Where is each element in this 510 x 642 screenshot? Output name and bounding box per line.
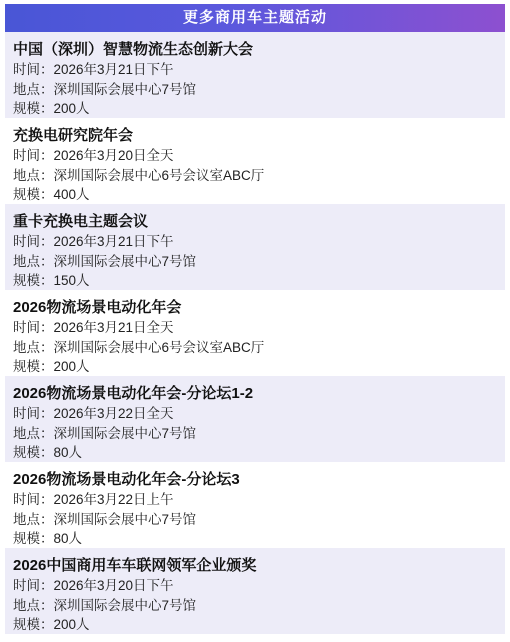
event-scale: 规模：200人 [13,615,497,634]
scale-label: 规模： [13,617,54,632]
event-card: 2026物流场景电动化年会 时间：2026年3月21日全天 地点：深圳国际会展中… [5,290,505,376]
scale-value: 200人 [54,359,90,374]
time-value: 2026年3月22日上午 [54,492,174,507]
event-time: 时间：2026年3月20日全天 [13,146,497,166]
event-list: 中国（深圳）智慧物流生态创新大会 时间：2026年3月21日下午 地点：深圳国际… [5,32,505,634]
venue-value: 深圳国际会展中心6号会议室ABC厅 [54,168,265,183]
scale-value: 80人 [54,531,83,546]
time-label: 时间： [13,62,54,77]
venue-value: 深圳国际会展中心7号馆 [54,512,197,527]
event-time: 时间：2026年3月21日下午 [13,60,497,80]
event-time: 时间：2026年3月22日全天 [13,404,497,424]
time-label: 时间： [13,320,54,335]
event-card: 重卡充换电主题会议 时间：2026年3月21日下午 地点：深圳国际会展中心7号馆… [5,204,505,290]
event-time: 时间：2026年3月20日下午 [13,576,497,596]
event-title: 2026中国商用车车联网领军企业颁奖 [13,555,497,576]
scale-value: 200人 [54,617,90,632]
section-header: 更多商用车主题活动 [5,4,505,32]
event-card: 2026中国商用车车联网领军企业颁奖 时间：2026年3月20日下午 地点：深圳… [5,548,505,634]
venue-label: 地点： [13,598,54,613]
event-venue: 地点：深圳国际会展中心7号馆 [13,80,497,100]
event-title: 重卡充换电主题会议 [13,211,497,232]
venue-value: 深圳国际会展中心6号会议室ABC厅 [54,340,265,355]
venue-value: 深圳国际会展中心7号馆 [54,254,197,269]
event-card: 中国（深圳）智慧物流生态创新大会 时间：2026年3月21日下午 地点：深圳国际… [5,32,505,118]
time-value: 2026年3月20日全天 [54,148,174,163]
scale-value: 150人 [54,273,90,288]
event-venue: 地点：深圳国际会展中心7号馆 [13,252,497,272]
event-scale: 规模：80人 [13,443,497,462]
time-value: 2026年3月21日下午 [54,234,174,249]
event-card: 2026物流场景电动化年会-分论坛3 时间：2026年3月22日上午 地点：深圳… [5,462,505,548]
event-card: 充换电研究院年会 时间：2026年3月20日全天 地点：深圳国际会展中心6号会议… [5,118,505,204]
event-scale: 规模：150人 [13,271,497,290]
event-card: 2026物流场景电动化年会-分论坛1-2 时间：2026年3月22日全天 地点：… [5,376,505,462]
event-title: 中国（深圳）智慧物流生态创新大会 [13,39,497,60]
time-label: 时间： [13,148,54,163]
venue-label: 地点： [13,82,54,97]
venue-label: 地点： [13,254,54,269]
venue-value: 深圳国际会展中心7号馆 [54,426,197,441]
event-scale: 规模：400人 [13,185,497,204]
event-title: 2026物流场景电动化年会-分论坛1-2 [13,383,497,404]
venue-label: 地点： [13,512,54,527]
events-panel: 更多商用车主题活动 中国（深圳）智慧物流生态创新大会 时间：2026年3月21日… [5,4,505,634]
venue-label: 地点： [13,426,54,441]
time-label: 时间： [13,578,54,593]
time-label: 时间： [13,234,54,249]
event-venue: 地点：深圳国际会展中心7号馆 [13,424,497,444]
scale-label: 规模： [13,445,54,460]
event-title: 2026物流场景电动化年会-分论坛3 [13,469,497,490]
event-time: 时间：2026年3月22日上午 [13,490,497,510]
scale-label: 规模： [13,187,54,202]
time-value: 2026年3月22日全天 [54,406,174,421]
event-scale: 规模：80人 [13,529,497,548]
time-label: 时间： [13,492,54,507]
event-scale: 规模：200人 [13,357,497,376]
venue-label: 地点： [13,340,54,355]
scale-label: 规模： [13,101,54,116]
event-title: 2026物流场景电动化年会 [13,297,497,318]
events-page: 更多商用车主题活动 中国（深圳）智慧物流生态创新大会 时间：2026年3月21日… [0,0,510,642]
scale-value: 200人 [54,101,90,116]
event-venue: 地点：深圳国际会展中心6号会议室ABC厅 [13,166,497,186]
scale-label: 规模： [13,531,54,546]
scale-label: 规模： [13,273,54,288]
scale-label: 规模： [13,359,54,374]
venue-label: 地点： [13,168,54,183]
time-value: 2026年3月21日全天 [54,320,174,335]
time-label: 时间： [13,406,54,421]
venue-value: 深圳国际会展中心7号馆 [54,598,197,613]
time-value: 2026年3月21日下午 [54,62,174,77]
event-scale: 规模：200人 [13,99,497,118]
event-venue: 地点：深圳国际会展中心7号馆 [13,510,497,530]
event-title: 充换电研究院年会 [13,125,497,146]
event-time: 时间：2026年3月21日全天 [13,318,497,338]
time-value: 2026年3月20日下午 [54,578,174,593]
venue-value: 深圳国际会展中心7号馆 [54,82,197,97]
event-time: 时间：2026年3月21日下午 [13,232,497,252]
event-venue: 地点：深圳国际会展中心7号馆 [13,596,497,616]
event-venue: 地点：深圳国际会展中心6号会议室ABC厅 [13,338,497,358]
scale-value: 400人 [54,187,90,202]
scale-value: 80人 [54,445,83,460]
